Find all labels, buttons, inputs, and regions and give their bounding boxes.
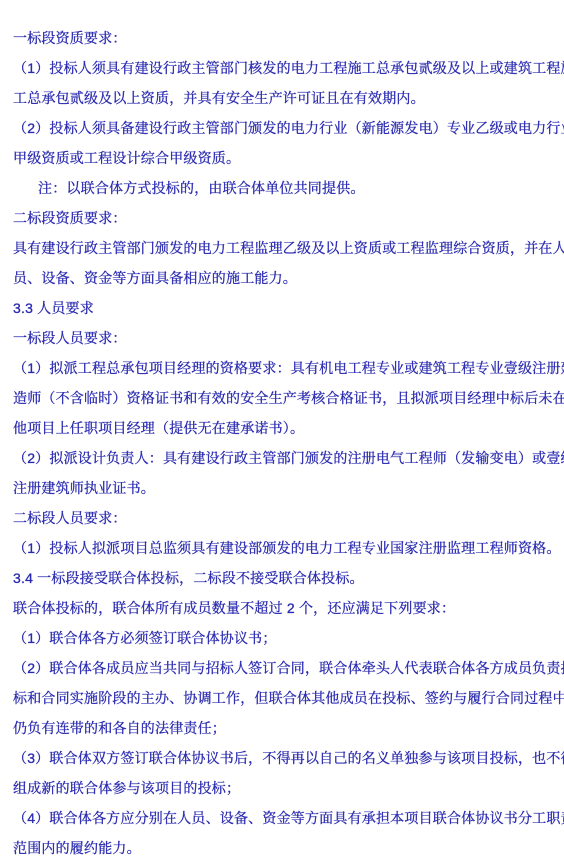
doc-line: （1）投标人拟派项目总监须具有建设部颁发的电力工程专业国家注册监理工程师资格。 bbox=[13, 533, 558, 563]
doc-line: （1）拟派工程总承包项目经理的资格要求：具有机电工程专业或建筑工程专业壹级注册建 bbox=[13, 353, 558, 383]
doc-line: 3.4 一标段接受联合体投标，二标段不接受联合体投标。 bbox=[13, 563, 558, 593]
doc-line: （1）联合体各方必须签订联合体协议书； bbox=[13, 623, 558, 653]
doc-line: 造师（不含临时）资格证书和有效的安全生产考核合格证书，且拟派项目经理中标后未在其 bbox=[13, 383, 558, 413]
doc-line: 工总承包贰级及以上资质，并具有安全生产许可证且在有效期内。 bbox=[13, 83, 558, 113]
doc-line: 他项目上任职项目经理（提供无在建承诺书）。 bbox=[13, 413, 558, 443]
doc-line: 注册建筑师执业证书。 bbox=[13, 473, 558, 503]
doc-line: 注：以联合体方式投标的，由联合体单位共同提供。 bbox=[13, 173, 558, 203]
doc-line: 二标段资质要求： bbox=[13, 203, 558, 233]
doc-line: 联合体投标的，联合体所有成员数量不超过 2 个，还应满足下列要求： bbox=[13, 593, 558, 623]
doc-line: 一标段资质要求： bbox=[13, 23, 558, 53]
doc-line: 二标段人员要求： bbox=[13, 503, 558, 533]
doc-line: 仍负有连带的和各自的法律责任； bbox=[13, 713, 558, 743]
doc-line: 3.3 人员要求 bbox=[13, 293, 558, 323]
doc-line: 组成新的联合体参与该项目的投标； bbox=[13, 773, 558, 803]
document-page: 一标段资质要求：（1）投标人须具有建设行政主管部门核发的电力工程施工总承包贰级及… bbox=[0, 0, 564, 863]
doc-line: 范围内的履约能力。 bbox=[13, 833, 558, 863]
doc-line: （2）联合体各成员应当共同与招标人签订合同，联合体牵头人代表联合体各方成员负责投 bbox=[13, 653, 558, 683]
doc-line: （3）联合体双方签订联合体协议书后，不得再以自己的名义单独参与该项目投标，也不得 bbox=[13, 743, 558, 773]
document-body: 一标段资质要求：（1）投标人须具有建设行政主管部门核发的电力工程施工总承包贰级及… bbox=[13, 23, 558, 863]
doc-line: 员、设备、资金等方面具备相应的施工能力。 bbox=[13, 263, 558, 293]
doc-line: （1）投标人须具有建设行政主管部门核发的电力工程施工总承包贰级及以上或建筑工程施 bbox=[13, 53, 558, 83]
doc-line: （4）联合体各方应分别在人员、设备、资金等方面具有承担本项目联合体协议书分工职责 bbox=[13, 803, 558, 833]
doc-line: （2）拟派设计负责人：具有建设行政主管部门颁发的注册电气工程师（发输变电）或壹级 bbox=[13, 443, 558, 473]
doc-line: 具有建设行政主管部门颁发的电力工程监理乙级及以上资质或工程监理综合资质，并在人 bbox=[13, 233, 558, 263]
doc-line: （2）投标人须具备建设行政主管部门颁发的电力行业（新能源发电）专业乙级或电力行业 bbox=[13, 113, 558, 143]
doc-line: 甲级资质或工程设计综合甲级资质。 bbox=[13, 143, 558, 173]
doc-line: 一标段人员要求： bbox=[13, 323, 558, 353]
doc-line: 标和合同实施阶段的主办、协调工作，但联合体其他成员在投标、签约与履行合同过程中， bbox=[13, 683, 558, 713]
